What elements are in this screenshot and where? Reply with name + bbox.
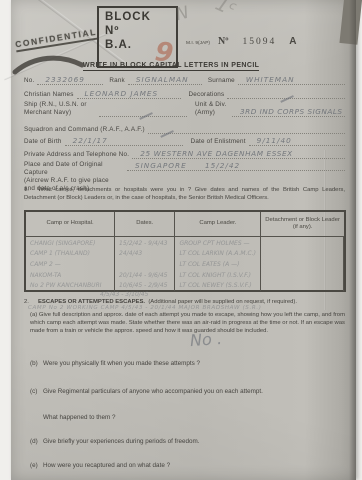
row-number-rank-surname: No. 2332069 Rank SIGNALMAN Surname WHITE… [24,75,345,85]
question-2a: (a) Give full description and approx. da… [24,312,345,336]
question-2c-number: (c) [30,388,43,395]
scanned-document: CONFIDENTIAL BLOCK Nº B.A. 9 N 1ᶜ M.I. 9… [0,0,362,480]
cell-leader: GROUP CPT HOLMES — [175,240,261,247]
rank-field: SIGNALMAN [128,75,202,85]
cell-dates: 24/4/43 [115,250,175,257]
cell-camp: NAKOM-TA [26,272,115,279]
question-2c-followup-text: What happened to them ? [43,414,115,421]
squadron-label: Squadron and Command (R.A.F., A.A.F.) [24,126,148,134]
mi9-serial-line: M.I. 9(JAP) Nº 15094 A [186,36,297,47]
private-address-label: Private Address and Telephone No. [24,151,132,159]
question-2c-followup: What happened to them ? [43,414,342,421]
question-2b-text: Were you physically fit when you made th… [43,360,200,367]
date-of-enlistment-label: Date of Enlistment [183,138,249,146]
ship-field [99,107,187,117]
camps-table-header: Camp or Hospital. Dates. Camp Leader. De… [26,212,344,237]
unit-div-field: 3RD IND CORPS SIGNALS [232,107,345,117]
capture-label-line1: Place and Date of Original Capture [24,161,103,176]
surname-label: Surname [202,77,238,85]
date-of-birth-field: 22/1/17 [65,136,183,146]
rank-value: SIGNALMAN [136,75,189,84]
question-1-number: 1. [24,187,38,195]
question-2d-text: Give briefly your experiences during per… [43,438,199,445]
cell-leader: LT COL NEWEY (S.S.V.F.) [175,282,261,289]
cell-camp: CHANGI (SINGAPORE) [26,240,115,247]
capture-date-value: 15/2/42 [205,161,240,170]
decorations-label: Decorations [181,91,228,99]
surname-value: WHITEMAN [246,75,295,84]
question-2e-text: How were you recaptured and on what date… [43,462,170,469]
date-of-enlistment-value: 9/11/40 [257,136,292,145]
camps-table: Camp or Hospital. Dates. Camp Leader. De… [24,210,346,292]
rank-label: Rank [103,77,128,85]
cell-leader: LT COL EATES (A —) [175,261,261,268]
handwritten-answer-no: No . [189,329,222,350]
block-box-line1: BLOCK [105,11,171,25]
block-number-stamp-box: BLOCK Nº B.A. 9 [97,6,178,68]
cell-dates: 15/2/42 - 9/4/43 [115,240,175,247]
question-1-text: What camps, detachments or hospitals wer… [24,187,345,201]
no-field: 2332069 [37,75,103,85]
question-2c-text: Give Regimental particulars of anyone wh… [43,388,263,395]
mi9-serial-number: 15094 [243,37,277,47]
pencil-camp-note: CAMP No 2 WORKING CAMP 4/5/43 - 20/1/44 … [28,305,261,311]
cell-leader: LT COL LARKIN (A.A.M.C.) [175,250,261,257]
col-header-leader: Camp Leader. [175,212,261,236]
mi9-no-label: Nº [218,36,229,47]
page-edge-shadow [349,0,356,480]
no-label: No. [24,77,37,85]
capture-label-line2: (Aircrew R.A.F. to give place [24,177,109,184]
question-2e-number: (e) [30,462,43,469]
question-2b: (b) Were you physically fit when you mad… [30,360,342,367]
question-2d-number: (d) [30,438,43,445]
form-instruction-heading: WRITE IN BLOCK CAPITAL LETTERS IN PENCIL [83,62,259,71]
mi9-prefix: M.I. 9(JAP) [186,41,210,46]
date-of-birth-label: Date of Birth [24,138,65,146]
table-row: NAKOM-TA 20/1/44 - 9/6/45 LT COL KNIGHT … [26,270,344,281]
question-2d: (d) Give briefly your experiences during… [30,438,342,445]
row-squadron: Squadron and Command (R.A.F., A.A.F.) [24,124,345,134]
table-handwritten-rows: CHANGI (SINGAPORE) 15/2/42 - 9/4/43 GROU… [26,238,344,291]
no-value: 2332069 [45,75,85,84]
unit-div-label-line1: Unit & Div. [195,101,226,108]
cell-leader: LT COL KNIGHT (I.S.V.F.) [175,272,261,279]
private-address-field: 25 WESTERN AVE DAGENHAM ESSEX [132,149,345,159]
pencil-swoosh-mark [12,50,86,78]
decorations-field [227,89,345,99]
table-row: No 2 PW KANCHANBURI 10/6/45 - 2/9/45 LT … [26,280,344,291]
row-birth-enlistment: Date of Birth 22/1/17 Date of Enlistment… [24,136,345,146]
christian-names-label: Christian Names [24,91,77,99]
capture-place-value: SINGAPORE [135,161,187,170]
col-header-camp: Camp or Hospital. [26,212,115,236]
christian-names-value: LEONARD JAMES [85,89,159,98]
camps-table-body: CHANGI (SINGAPORE) 15/2/42 - 9/4/43 GROU… [26,237,344,291]
cell-camp: CAMP 2 — [26,261,115,268]
table-row: CAMP 2 — LT COL EATES (A —) [26,259,344,270]
cell-camp: CAMP 1 (THAILAND) [26,250,115,257]
cell-camp: No 2 PW KANCHANBURI [26,282,115,289]
question-2b-number: (b) [30,360,43,367]
unit-div-label: Unit & Div. (Army) [187,101,232,117]
squadron-field [148,124,345,134]
ship-label: Ship (R.N., U.S.N. or Merchant Navy) [24,101,99,117]
cell-dates: 10/6/45 - 2/9/45 [115,282,175,289]
pencil-dates-note: 4/5/43 - 3/10/45 [100,291,148,298]
cell-dates: 20/1/44 - 9/6/45 [115,272,175,279]
question-1: 1.What camps, detachments or hospitals w… [24,187,345,203]
christian-names-field: LEONARD JAMES [77,89,181,99]
unit-div-value: 3RD IND CORPS SIGNALS [240,107,343,116]
row-christian-decorations: Christian Names LEONARD JAMES Decoration… [24,89,345,99]
date-of-birth-value: 22/1/17 [73,136,108,145]
unit-div-label-line2: (Army) [195,109,215,116]
private-address-value: 25 WESTERN AVE DAGENHAM ESSEX [140,149,293,158]
table-row: CHANGI (SINGAPORE) 15/2/42 - 9/4/43 GROU… [26,238,344,249]
question-2c: (c) Give Regimental particulars of anyon… [30,388,342,395]
row-private-address: Private Address and Telephone No. 25 WES… [24,149,345,159]
col-header-dates: Dates. [115,212,175,236]
capture-field: SINGAPORE 15/2/42 [127,161,345,171]
table-row: CAMP 1 (THAILAND) 24/4/43 LT COL LARKIN … [26,249,344,260]
question-2e: (e) How were you recaptured and on what … [30,462,342,469]
row-ship-unit: Ship (R.N., U.S.N. or Merchant Navy) Uni… [24,101,345,117]
col-header-detachment: Detachment or Block Leader (if any). [261,212,344,236]
surname-field: WHITEMAN [238,75,345,85]
date-of-enlistment-field: 9/11/40 [249,136,345,146]
mi9-series-letter: A [289,36,296,47]
